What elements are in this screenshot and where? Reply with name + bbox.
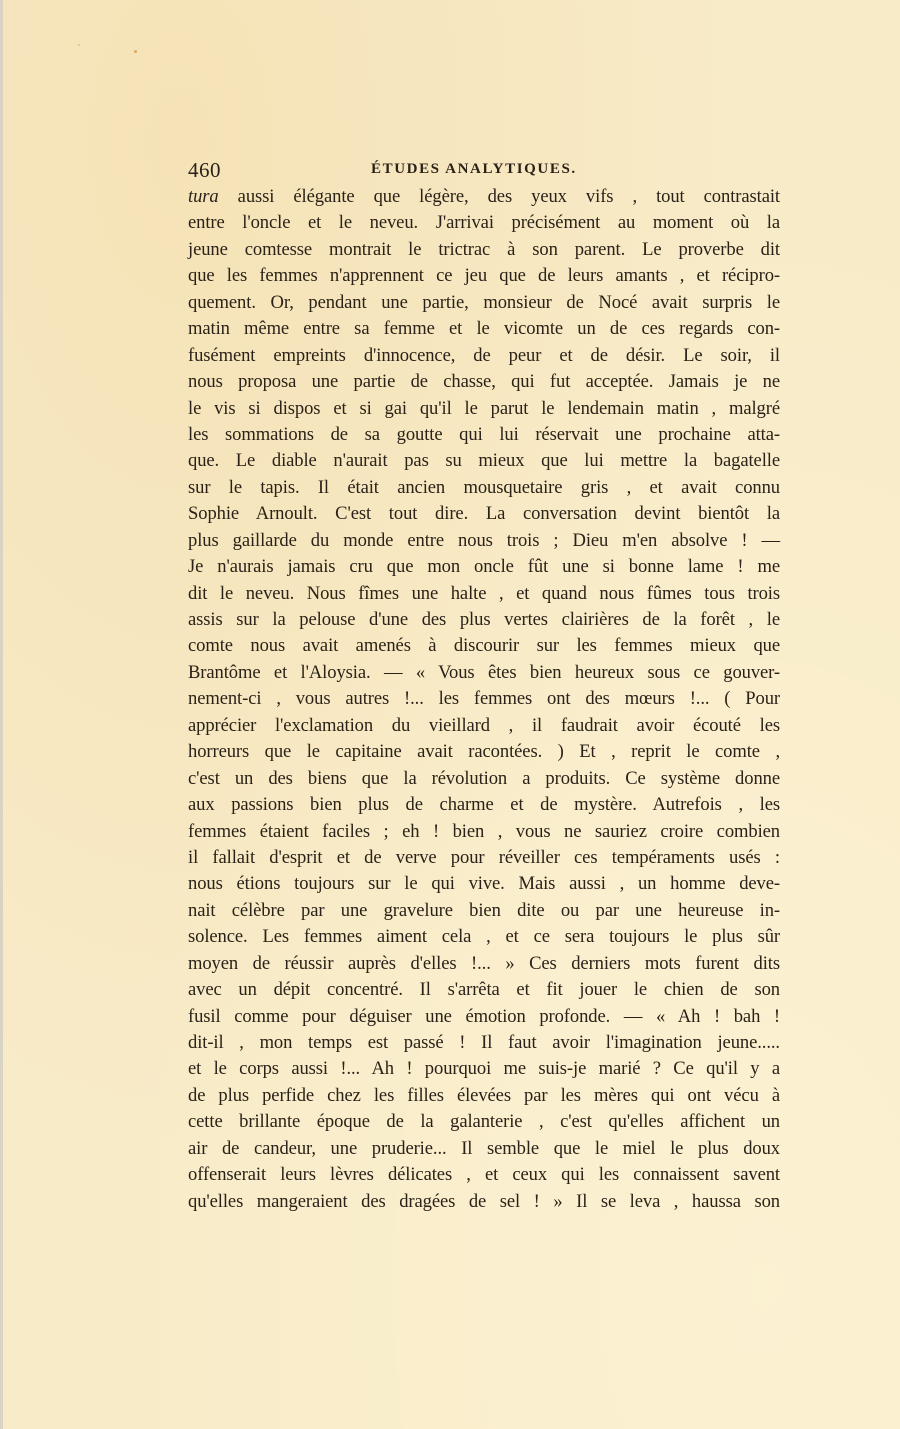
text-line: entre l'oncle et le neveu. J'arrivai pré… bbox=[188, 210, 780, 236]
text-line: dit-il , mon temps est passé ! Il faut a… bbox=[188, 1030, 780, 1056]
body-text: tura aussi élégante que légère, des yeux… bbox=[188, 184, 780, 1215]
running-head: 460 ÉTUDES ANALYTIQUES. bbox=[188, 158, 788, 184]
text-line: Je n'aurais jamais cru que mon oncle fût… bbox=[188, 554, 780, 580]
page-left-edge bbox=[0, 0, 3, 1429]
text-line: c'est un des biens que la révolution a p… bbox=[188, 766, 780, 792]
book-page: 460 ÉTUDES ANALYTIQUES. tura aussi éléga… bbox=[0, 0, 900, 1429]
text-line: Brantôme et l'Aloysia. — « Vous êtes bie… bbox=[188, 660, 780, 686]
text-line: cette brillante époque de la galanterie … bbox=[188, 1109, 780, 1135]
text-line-content: aussi élégante que légère, des yeux vifs… bbox=[219, 186, 780, 207]
text-line: nement-ci , vous autres !... les femmes … bbox=[188, 686, 780, 712]
text-line: le vis si dispos et si gai qu'il le paru… bbox=[188, 396, 780, 422]
italic-word: tura bbox=[188, 186, 219, 207]
text-line: de plus perfide chez les filles élevées … bbox=[188, 1083, 780, 1109]
text-line: sur le tapis. Il était ancien mousquetai… bbox=[188, 475, 780, 501]
paper-speck bbox=[134, 50, 137, 53]
text-line: offenserait leurs lèvres délicates , et … bbox=[188, 1162, 780, 1188]
text-line: nous proposa une partie de chasse, qui f… bbox=[188, 369, 780, 395]
text-line: Sophie Arnoult. C'est tout dire. La conv… bbox=[188, 501, 780, 527]
text-line: les sommations de sa goutte qui lui rése… bbox=[188, 422, 780, 448]
text-line: et le corps aussi !... Ah ! pourquoi me … bbox=[188, 1056, 780, 1082]
text-line: femmes étaient faciles ; eh ! bien , vou… bbox=[188, 819, 780, 845]
text-line: tura aussi élégante que légère, des yeux… bbox=[188, 184, 780, 210]
text-line: air de candeur, une pruderie... Il sembl… bbox=[188, 1136, 780, 1162]
text-line: dit le neveu. Nous fîmes une halte , et … bbox=[188, 581, 780, 607]
text-line: il fallait d'esprit et de verve pour rév… bbox=[188, 845, 780, 871]
text-line: apprécier l'exclamation du vieillard , i… bbox=[188, 713, 780, 739]
text-line: plus gaillarde du monde entre nous trois… bbox=[188, 528, 780, 554]
paper-speck bbox=[78, 44, 80, 46]
text-line: fusil comme pour déguiser une émotion pr… bbox=[188, 1004, 780, 1030]
text-line: que. Le diable n'aurait pas su mieux que… bbox=[188, 448, 780, 474]
text-line: nait célèbre par une gravelure bien dite… bbox=[188, 898, 780, 924]
text-line: fusément empreints d'innocence, de peur … bbox=[188, 343, 780, 369]
text-line: moyen de réussir auprès d'elles !... » C… bbox=[188, 951, 780, 977]
page-number: 460 bbox=[188, 158, 221, 183]
text-line: qu'elles mangeraient des dragées de sel … bbox=[188, 1189, 780, 1215]
text-line: nous étions toujours sur le qui vive. Ma… bbox=[188, 871, 780, 897]
text-line: solence. Les femmes aiment cela , et ce … bbox=[188, 924, 780, 950]
running-title: ÉTUDES ANALYTIQUES. bbox=[371, 161, 577, 178]
text-line: que les femmes n'apprennent ce jeu que d… bbox=[188, 263, 780, 289]
text-line: comte nous avait amenés à discourir sur … bbox=[188, 633, 780, 659]
text-line: quement. Or, pendant une partie, monsieu… bbox=[188, 290, 780, 316]
text-line: jeune comtesse montrait le trictrac à so… bbox=[188, 237, 780, 263]
text-line: assis sur la pelouse d'une des plus vert… bbox=[188, 607, 780, 633]
text-line: horreurs que le capitaine avait racontée… bbox=[188, 739, 780, 765]
text-line: avec un dépit concentré. Il s'arrêta et … bbox=[188, 977, 780, 1003]
text-line: matin même entre sa femme et le vicomte … bbox=[188, 316, 780, 342]
text-line: aux passions bien plus de charme et de m… bbox=[188, 792, 780, 818]
